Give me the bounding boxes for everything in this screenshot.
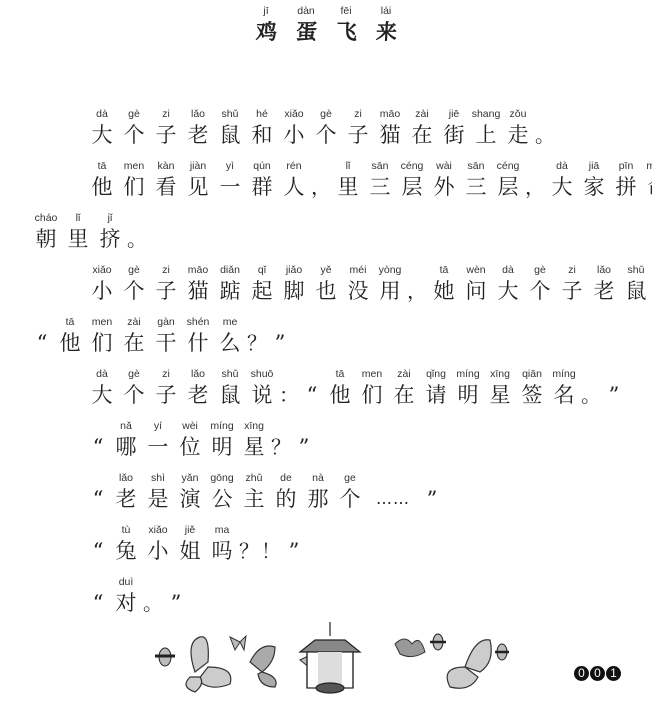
hanzi: ！ (261, 538, 281, 564)
char-cell: xiǎo小 (142, 523, 174, 564)
char-cell: wèi位 (174, 419, 206, 460)
hanzi: 个 (316, 122, 337, 148)
char-cell: zài在 (118, 315, 150, 356)
pinyin: tā (66, 315, 75, 330)
hanzi: 问 (466, 278, 487, 304)
char-cell: míng名 (548, 367, 580, 408)
punctuation-cell: ” (268, 315, 292, 356)
hanzi: 三 (370, 174, 391, 200)
pinyin: de (280, 471, 292, 486)
hanzi: 子 (562, 278, 583, 304)
hanzi: 星 (244, 434, 265, 460)
char-cell: de的 (270, 471, 302, 512)
char-cell: ge个 (334, 471, 366, 512)
hanzi: 的 (276, 486, 297, 512)
char-cell: céng层 (492, 159, 524, 200)
hanzi: 么 (220, 330, 241, 356)
pinyin: wèn (466, 263, 485, 278)
pinyin: jiǎo (286, 263, 302, 278)
hanzi: 飞 (335, 19, 357, 45)
char-cell: zài在 (406, 107, 438, 148)
hanzi: 三 (466, 174, 487, 200)
hanzi: 老 (116, 486, 137, 512)
hanzi: 一 (220, 174, 241, 200)
pinyin: yì (226, 159, 234, 174)
pinyin: hé (256, 107, 268, 122)
char-cell: jiā家 (578, 159, 610, 200)
hanzi: “ (93, 486, 104, 512)
hanzi: ？ (239, 538, 259, 564)
char-cell: dà大 (546, 159, 578, 200)
pinyin: xīng (490, 367, 510, 382)
hanzi: ， (311, 174, 331, 200)
pinyin: mìng (646, 159, 652, 174)
hanzi: 鼠 (220, 382, 241, 408)
pinyin: shǔ (222, 107, 239, 122)
hanzi: ” (609, 382, 620, 408)
hanzi: 小 (148, 538, 169, 564)
hanzi: 小 (92, 278, 113, 304)
char-cell: yě也 (310, 263, 342, 304)
pinyin: yǎn (182, 471, 199, 486)
hanzi: ” (275, 330, 286, 356)
pinyin: ma (215, 523, 230, 538)
hanzi: 猫 (380, 122, 401, 148)
char-cell: yì一 (214, 159, 246, 200)
punctuation-cell: “ (30, 315, 54, 356)
pinyin: jiā (589, 159, 600, 174)
hanzi: 星 (490, 382, 511, 408)
hanzi: ？ (271, 434, 291, 460)
char-cell: nà那 (302, 471, 334, 512)
hanzi: 兔 (116, 538, 137, 564)
hanzi: 老 (594, 278, 615, 304)
hanzi: 说 (252, 382, 273, 408)
hanzi: 和 (252, 122, 273, 148)
hanzi: 走 (508, 122, 529, 148)
char-cell: shén什 (182, 315, 214, 356)
text-line: “tā他men们zài在gàn干shén什me么？” (30, 315, 292, 356)
hanzi: 老 (188, 122, 209, 148)
hanzi: 们 (124, 174, 145, 200)
pinyin: sān (372, 159, 389, 174)
hanzi: 在 (412, 122, 433, 148)
pinyin: shang (472, 107, 501, 122)
pinyin: jiē (449, 107, 460, 122)
hanzi: “ (93, 434, 104, 460)
pinyin: qún (253, 159, 271, 174)
char-cell: jǐ挤 (94, 211, 126, 252)
punctuation-cell: ” (292, 419, 316, 460)
hanzi: 里 (68, 226, 89, 252)
hanzi: 位 (180, 434, 201, 460)
char-cell: gàn干 (150, 315, 182, 356)
pinyin: rén (286, 159, 301, 174)
hanzi: 姐 (180, 538, 201, 564)
hanzi: 明 (458, 382, 479, 408)
hanzi: 挤 (100, 226, 121, 252)
pinyin: me (223, 315, 238, 330)
punctuation-cell: ， (406, 263, 428, 304)
punctuation-cell: 。 (580, 367, 602, 408)
pinyin: ge (344, 471, 356, 486)
page-digit: 1 (606, 666, 621, 681)
hanzi: 个 (340, 486, 361, 512)
hanzi: 家 (584, 174, 605, 200)
punctuation-cell: ” (420, 471, 444, 512)
pinyin: gōng (210, 471, 233, 486)
char-cell: kàn看 (150, 159, 182, 200)
pinyin: zhǔ (246, 471, 263, 486)
hanzi: 签 (522, 382, 543, 408)
hanzi: 大 (92, 122, 113, 148)
char-cell: tù兔 (110, 523, 142, 564)
hanzi: 子 (156, 382, 177, 408)
hanzi: 子 (156, 122, 177, 148)
char-cell: men们 (86, 315, 118, 356)
hanzi: 起 (252, 278, 273, 304)
hanzi: 。 (581, 382, 601, 408)
pinyin: shǔ (628, 263, 645, 278)
char-cell: xīng星 (238, 419, 270, 460)
hanzi: ， (407, 278, 427, 304)
hanzi: ？ (247, 330, 267, 356)
punctuation-cell: 。 (142, 575, 164, 616)
pinyin: men (124, 159, 144, 174)
char-cell: shang上 (470, 107, 502, 148)
text-line: “nǎ哪yí一wèi位míng明xīng星？” (86, 419, 316, 460)
punctuation-cell: ， (310, 159, 332, 200)
char-cell: gōng公 (206, 471, 238, 512)
char-cell: zǒu走 (502, 107, 534, 148)
hanzi: 他 (92, 174, 113, 200)
hanzi: 看 (156, 174, 177, 200)
char-cell: zhǔ主 (238, 471, 270, 512)
pinyin: nà (312, 471, 324, 486)
hanzi: “ (93, 538, 104, 564)
pinyin: qǐng (426, 367, 446, 382)
hanzi: “ (37, 330, 48, 356)
char-cell: lǐ里 (62, 211, 94, 252)
char-cell: zi子 (556, 263, 588, 304)
char-cell: tā他 (54, 315, 86, 356)
pinyin: lái (381, 4, 392, 19)
hanzi: ： (279, 382, 299, 408)
punctuation-cell: ” (164, 575, 188, 616)
char-cell: lǐ里 (332, 159, 364, 200)
title-char: dàn蛋 (286, 4, 326, 45)
hanzi: 们 (92, 330, 113, 356)
pinyin: céng (497, 159, 520, 174)
pinyin: xiǎo (148, 523, 167, 538)
hanzi: 在 (124, 330, 145, 356)
char-cell: jiǎo脚 (278, 263, 310, 304)
char-cell: jiě姐 (174, 523, 206, 564)
hanzi: 名 (554, 382, 575, 408)
hanzi: 层 (402, 174, 423, 200)
butterfly-icon (186, 637, 231, 692)
char-cell: shuō说 (246, 367, 278, 408)
char-cell: gè个 (310, 107, 342, 148)
punctuation-cell: “ (300, 367, 324, 408)
pinyin: dà (502, 263, 514, 278)
char-cell: dà大 (492, 263, 524, 304)
pinyin: zi (354, 107, 362, 122)
hanzi: 蛋 (295, 19, 317, 45)
hanzi: 来 (375, 19, 397, 45)
punctuation-cell: ” (602, 367, 626, 408)
pinyin: yě (320, 263, 331, 278)
hanzi: “ (93, 590, 104, 616)
pinyin: zi (162, 263, 170, 278)
char-cell: tā他 (324, 367, 356, 408)
pinyin: shén (187, 315, 210, 330)
punctuation-cell: ！ (260, 523, 282, 564)
char-cell: qún群 (246, 159, 278, 200)
hanzi: 个 (124, 122, 145, 148)
char-cell: nǎ哪 (110, 419, 142, 460)
char-cell: hé和 (246, 107, 278, 148)
char-cell: wài外 (428, 159, 460, 200)
char-cell: māo猫 (374, 107, 406, 148)
pinyin: zi (568, 263, 576, 278)
pinyin: dà (96, 367, 108, 382)
hanzi: 用 (380, 278, 401, 304)
title-char: fēi飞 (326, 4, 366, 45)
butterfly-icon (250, 646, 276, 687)
hanzi: 演 (180, 486, 201, 512)
pinyin: shǔ (222, 367, 239, 382)
punctuation-cell: “ (86, 419, 110, 460)
butterflies-lantern-illustration (150, 622, 510, 702)
punctuation-cell: ？ (270, 419, 292, 460)
pinyin: nǎ (120, 419, 132, 434)
char-cell: men们 (356, 367, 388, 408)
hanzi: 大 (552, 174, 573, 200)
hanzi: 主 (244, 486, 265, 512)
text-line: “duì对。” (86, 575, 188, 616)
char-cell: me么 (214, 315, 246, 356)
char-cell: cháo朝 (30, 211, 62, 252)
char-cell: zi子 (342, 107, 374, 148)
hanzi: 鸡 (255, 19, 277, 45)
punctuation-cell: …… (366, 471, 420, 512)
pinyin: dà (96, 107, 108, 122)
pinyin: shuō (251, 367, 274, 382)
hanzi: 子 (156, 278, 177, 304)
pinyin: míng (552, 367, 575, 382)
hanzi: 什 (188, 330, 209, 356)
butterfly-icon (447, 640, 491, 689)
punctuation-cell: “ (86, 471, 110, 512)
char-cell: míng明 (206, 419, 238, 460)
pinyin: diǎn (220, 263, 240, 278)
hanzi: 命 (648, 174, 652, 200)
char-cell: māo猫 (182, 263, 214, 304)
pinyin: gàn (157, 315, 175, 330)
butterfly-icon (395, 639, 425, 657)
pinyin: sān (468, 159, 485, 174)
char-cell: men们 (118, 159, 150, 200)
pinyin: tā (336, 367, 345, 382)
char-cell: qǐng请 (420, 367, 452, 408)
pinyin: zài (397, 367, 410, 382)
pinyin: tù (122, 523, 131, 538)
pinyin: jiě (185, 523, 196, 538)
char-cell: mìng命 (642, 159, 652, 200)
hanzi: 他 (60, 330, 81, 356)
punctuation-cell: “ (86, 575, 110, 616)
char-cell: zi子 (150, 367, 182, 408)
hanzi: 见 (188, 174, 209, 200)
char-cell: jiàn见 (182, 159, 214, 200)
pinyin: méi (350, 263, 367, 278)
hanzi: 大 (498, 278, 519, 304)
pinyin: míng (210, 419, 233, 434)
hanzi: 子 (348, 122, 369, 148)
page-digit: 0 (590, 666, 605, 681)
hanzi: 上 (476, 122, 497, 148)
pinyin: lǎo (597, 263, 611, 278)
char-cell: lǎo老 (182, 107, 214, 148)
lantern-icon (300, 622, 360, 693)
hanzi: 吗 (212, 538, 233, 564)
page-digit: 0 (574, 666, 589, 681)
hanzi: 他 (330, 382, 351, 408)
hanzi: …… (376, 486, 410, 512)
hanzi: ” (427, 486, 438, 512)
char-cell: yí一 (142, 419, 174, 460)
char-cell: pīn拼 (610, 159, 642, 200)
text-line: dà大gè个zi子lǎo老shǔ鼠hé和xiǎo小gè个zi子māo猫zài在j… (86, 107, 556, 148)
hanzi: 没 (348, 278, 369, 304)
hanzi: 朝 (36, 226, 57, 252)
hanzi: 个 (124, 382, 145, 408)
hanzi: 拼 (616, 174, 637, 200)
char-cell: zài在 (388, 367, 420, 408)
char-cell: gè个 (118, 367, 150, 408)
punctuation-cell: ？ (238, 523, 260, 564)
char-cell: yǎn演 (174, 471, 206, 512)
hanzi: 猫 (188, 278, 209, 304)
hanzi: ， (525, 174, 545, 200)
pinyin: yí (154, 419, 162, 434)
pinyin: men (92, 315, 112, 330)
title-char: lái来 (366, 4, 406, 45)
char-cell: míng明 (452, 367, 484, 408)
hanzi: ” (289, 538, 300, 564)
char-cell: shǔ鼠 (620, 263, 652, 304)
punctuation-cell: 。 (534, 107, 556, 148)
hanzi: 干 (156, 330, 177, 356)
hanzi: ” (299, 434, 310, 460)
pinyin: zài (415, 107, 428, 122)
char-cell: zi子 (150, 107, 182, 148)
pinyin: xiǎo (92, 263, 111, 278)
punctuation-cell: ？ (246, 315, 268, 356)
hanzi: 踮 (220, 278, 241, 304)
butterfly-icon (430, 634, 446, 650)
pinyin: māo (380, 107, 400, 122)
hanzi: 请 (426, 382, 447, 408)
hanzi: 小 (284, 122, 305, 148)
char-cell: lǎo老 (110, 471, 142, 512)
char-cell: shǔ鼠 (214, 107, 246, 148)
hanzi: 。 (143, 590, 163, 616)
pinyin: gè (128, 367, 140, 382)
char-cell: duì对 (110, 575, 142, 616)
char-cell: shǔ鼠 (214, 367, 246, 408)
pinyin: wèi (182, 419, 198, 434)
pinyin: zǒu (510, 107, 527, 122)
char-cell: wèn问 (460, 263, 492, 304)
text-line: cháo朝lǐ里jǐ挤。 (30, 211, 148, 252)
pinyin: tā (98, 159, 107, 174)
char-cell: jiē街 (438, 107, 470, 148)
pinyin: gè (534, 263, 546, 278)
hanzi: 对 (116, 590, 137, 616)
text-line: xiǎo小gè个zi子māo猫diǎn踮qǐ起jiǎo脚yě也méi没yòng用… (86, 263, 652, 304)
pinyin: qiān (522, 367, 542, 382)
pinyin: gè (128, 263, 140, 278)
pinyin: jǐ (108, 211, 113, 226)
pinyin: māo (188, 263, 208, 278)
pinyin: qǐ (258, 263, 266, 278)
pinyin: lǎo (191, 107, 205, 122)
hanzi: 。 (127, 226, 147, 252)
pinyin: lǐ (76, 211, 81, 226)
pinyin: zi (162, 107, 170, 122)
butterfly-icon (230, 636, 246, 650)
pinyin: lǎo (119, 471, 133, 486)
hanzi: 。 (535, 122, 555, 148)
pinyin: men (362, 367, 382, 382)
text-line: tā他men们kàn看jiàn见yì一qún群rén人，lǐ里sān三céng层… (86, 159, 652, 200)
pinyin: xiǎo (284, 107, 303, 122)
butterfly-icon (495, 644, 509, 660)
hanzi: 群 (252, 174, 273, 200)
text-line: “tù兔xiǎo小jiě姐ma吗？！” (86, 523, 306, 564)
char-cell: zi子 (150, 263, 182, 304)
hanzi: 外 (434, 174, 455, 200)
pinyin: míng (456, 367, 479, 382)
char-cell: dà大 (86, 367, 118, 408)
punctuation-cell: “ (86, 523, 110, 564)
punctuation-cell: ， (524, 159, 546, 200)
hanzi: ” (171, 590, 182, 616)
hanzi: 是 (148, 486, 169, 512)
hanzi: 在 (394, 382, 415, 408)
pinyin: pīn (619, 159, 634, 174)
text-line: dà大gè个zi子lǎo老shǔ鼠shuō说：“tā他men们zài在qǐng请… (86, 367, 626, 408)
hanzi: 她 (434, 278, 455, 304)
story-title: jī鸡dàn蛋fēi飞lái来 (0, 4, 652, 45)
punctuation-cell: 。 (126, 211, 148, 252)
pinyin: jī (263, 4, 268, 19)
char-cell: gè个 (118, 107, 150, 148)
pinyin: dà (556, 159, 568, 174)
char-cell: tā他 (86, 159, 118, 200)
hanzi: 大 (92, 382, 113, 408)
punctuation-cell: ： (278, 367, 300, 408)
pinyin: kàn (158, 159, 175, 174)
pinyin: xīng (244, 419, 264, 434)
hanzi: 明 (212, 434, 233, 460)
char-cell: céng层 (396, 159, 428, 200)
char-cell: diǎn踮 (214, 263, 246, 304)
pinyin: zi (162, 367, 170, 382)
char-cell: gè个 (524, 263, 556, 304)
